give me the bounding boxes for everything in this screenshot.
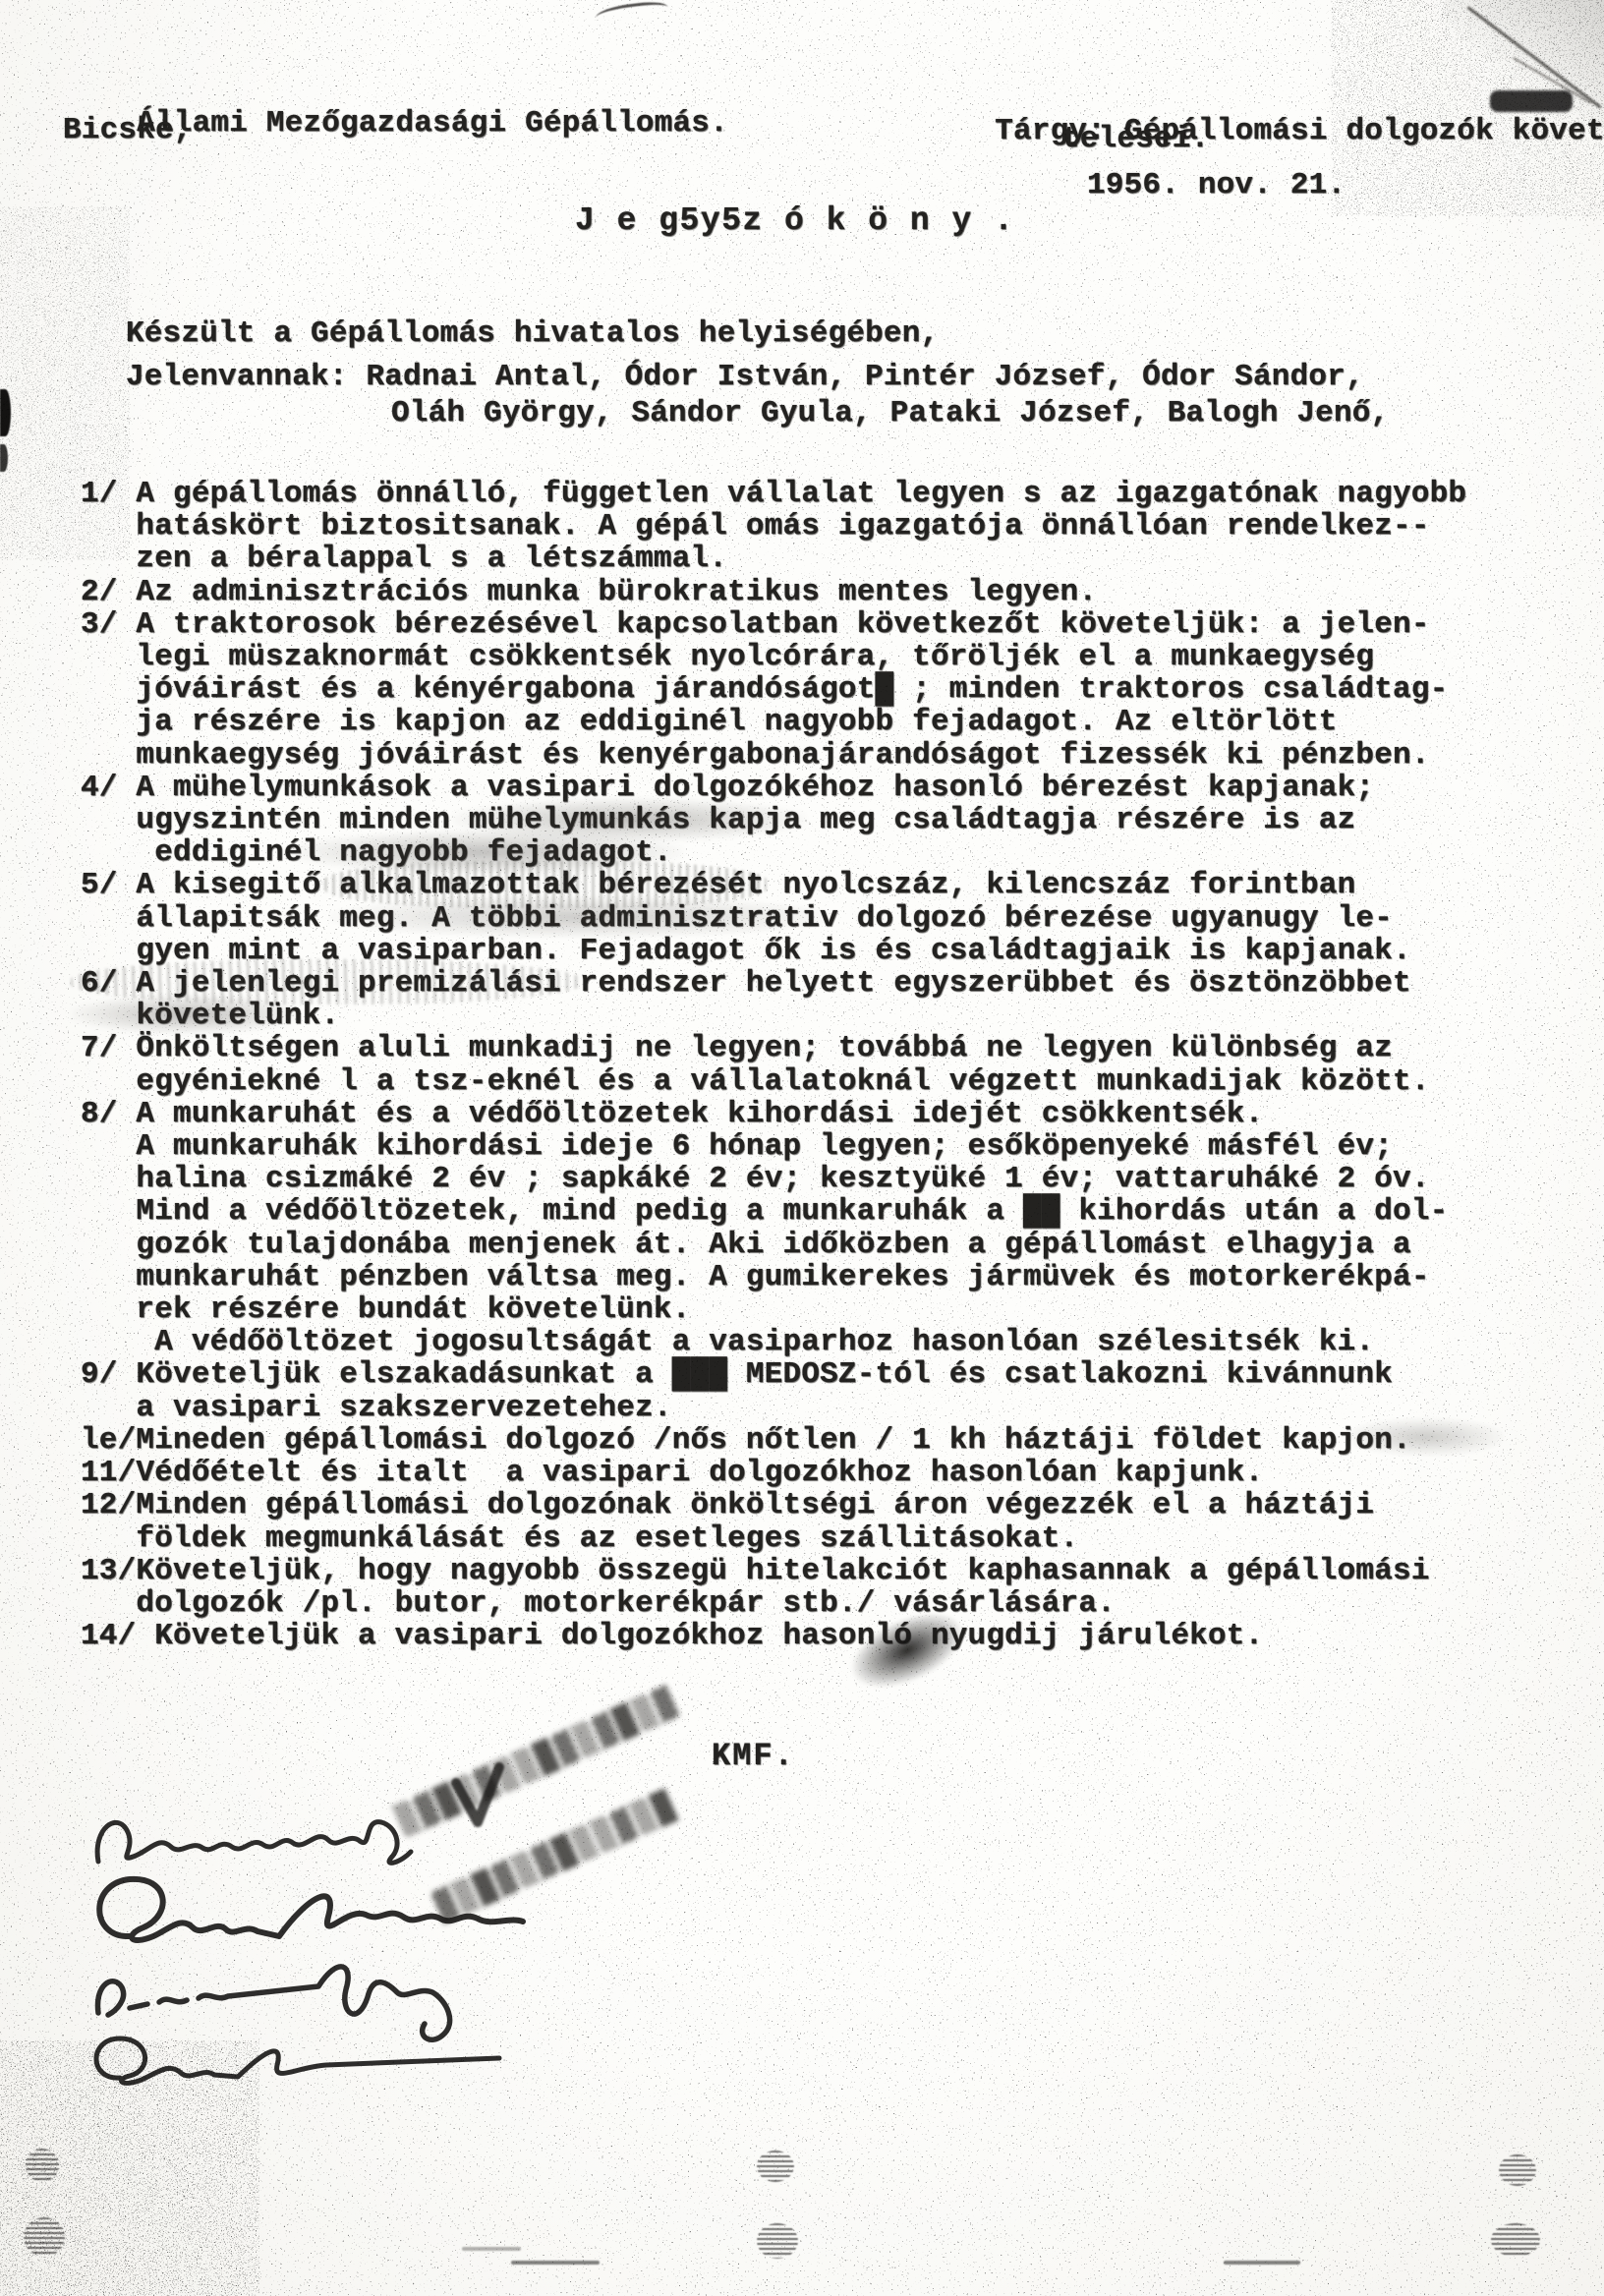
typed-line: gozók tulajdonába menjenek át. Aki időkö… [81,1229,1466,1261]
typed-line: munkaruhát pénzben váltsa meg. A gumiker… [81,1261,1466,1293]
sender-line-2: Bicske, [63,114,193,146]
scan-squiggle-mark [595,0,669,27]
typed-line: egyéniekné l a tsz-eknél és a vállalatok… [81,1065,1466,1098]
scanner-smudge [1491,2223,1540,2257]
intro-line-attendees-1: Jelenvannak: Radnai Antal, Ódor István, … [126,361,1364,393]
signature-odor-l [96,2038,499,2083]
signature-pinter-jozsef [97,1967,449,2039]
typed-line: állapitsák meg. A többi adminisztrativ d… [81,902,1466,935]
subject-line-2: telései. [1061,123,1209,155]
typed-line: követelünk. [81,1000,1466,1032]
intro-line-venue: Készült a Gépállomás hivatalos helyiségé… [126,317,939,350]
scanner-smudge [757,2151,794,2182]
edge-ink-blob [0,389,11,436]
typed-line: 2/ Az adminisztrációs munka bürokratikus… [81,576,1466,608]
scanned-document-page: Állami Mezőgazdasági Gépállomás. Bicske,… [0,0,1604,2296]
signature-radnai-antal [97,1822,411,1864]
document-title: J e g5y5z ó k ö n y . [575,204,1014,237]
typed-line: 4/ A mühelymunkások a vasipari dolgozóké… [81,772,1466,804]
typed-line: rek részére bundát követelünk. [81,1293,1466,1326]
edge-ink-blob [0,444,8,472]
scanner-smudge [24,2217,65,2257]
sender-line-1: Állami Mezőgazdasági Gépállomás. [137,106,728,141]
typed-line: ja részére is kapjon az eddiginél nagyob… [81,706,1466,738]
typed-line: 5/ A kisegitő alkalmazottak bérezését ny… [81,869,1466,901]
typed-line: legi müszaknormát csökkentsék nyolcórára… [81,641,1466,673]
typed-line: gyen mint a vasiparban. Fejadagot ők is … [81,935,1466,967]
signature-odor-sandor [99,1879,523,1940]
typed-line: 1/ A gépállomás önnálló, független válla… [81,478,1466,510]
typed-line: 12/Minden gépállomási dolgozónak önkölts… [81,1489,1466,1521]
signature-block [69,1791,757,2105]
typed-line: eddiginél nagyobb fejadagot. [81,836,1466,869]
typed-line: 6/ A jelenlegi premizálási rendszer hely… [81,967,1466,1000]
typed-line: A munkaruhák kihordási ideje 6 hónap leg… [81,1130,1466,1163]
scanner-dash [1224,2261,1300,2265]
scanner-dash [462,2247,521,2251]
typed-line: munkaegység jóváirást és kenyérgabonajár… [81,739,1466,772]
typed-line: Mind a védőöltözetek, mind pedig a munka… [81,1195,1466,1228]
scanner-smudge [26,2149,59,2182]
intro-line-attendees-2: Oláh György, Sándor Gyula, Pataki József… [391,397,1389,430]
demands-list: 1/ A gépállomás önnálló, független válla… [81,478,1466,1652]
typed-line: hatáskört biztositsanak. A gépál omás ig… [81,510,1466,543]
scanner-smudge [757,2223,798,2259]
typed-line: 3/ A traktorosok bérezésével kapcsolatba… [81,608,1466,641]
scanner-dash [511,2261,600,2265]
kmf-closing: KMF. [712,1740,795,1772]
typed-line: 9/ Követeljük elszakadásunkat a ███ MEDO… [81,1358,1466,1391]
typed-line: jóváirást és a kényérgabona járandóságot… [81,673,1466,706]
typed-line: 7/ Önköltségen aluli munkadij ne legyen;… [81,1032,1466,1064]
typed-line: 8/ A munkaruhát és a védőöltözetek kihor… [81,1098,1466,1130]
typed-line: A védőöltözet jogosultságát a vasiparhoz… [81,1326,1466,1358]
typed-line: halina csizmáké 2 év ; sapkáké 2 év; kes… [81,1163,1466,1195]
scanner-smudge [1499,2154,1536,2186]
typed-line: 11/Védőételt és italt a vasipari dolgozó… [81,1457,1466,1489]
typed-line: 14/ Követeljük a vasipari dolgozókhoz ha… [81,1620,1466,1652]
typed-line: le/Mineden gépállomási dolgozó /nős nőtl… [81,1424,1466,1457]
typed-line: dolgozók /pl. butor, motorkerékpár stb./… [81,1587,1466,1620]
sender-block: Állami Mezőgazdasági Gépállomás. Bicske, [63,75,728,205]
document-date: 1956. nov. 21. [1087,169,1346,201]
typed-line: 13/Követeljük, hogy nagyobb összegü hite… [81,1555,1466,1587]
typed-line: ugyszintén minden mühelymunkás kapja meg… [81,804,1466,836]
typed-line: földek megmunkálását és az esetleges szá… [81,1522,1466,1555]
typed-line: a vasipari szakszervezetehez. [81,1392,1466,1424]
typed-line: zen a béralappal s a létszámmal. [81,543,1466,575]
